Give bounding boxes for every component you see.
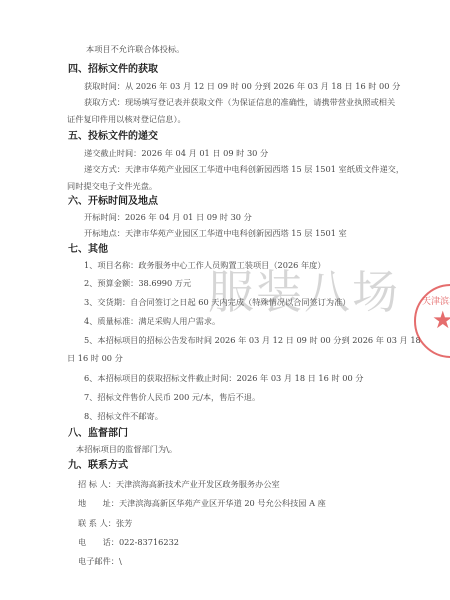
- opening-time: 开标时间：2026 年 04 月 01 日 09 时 30 分: [84, 212, 252, 222]
- other-item-5-cont: 日 16 时 00 分: [67, 353, 123, 363]
- acquire-method-1: 获取方式：现场填写登记表并获取文件（为保证信息的准确性，请携带营业执照或相关: [84, 97, 395, 107]
- other-item-7: 7、招标文件售价人民币 200 元/本，售后不退。: [84, 392, 260, 402]
- contact-address: 地 址：天津滨海高新区华苑产业区开华道 20 号允公科技园 A 座: [78, 498, 326, 508]
- section-5-title: 五、投标文件的递交: [68, 131, 158, 143]
- contact-person: 联 系 人：张芳: [78, 518, 132, 528]
- contact-tenderer: 招 标 人：天津滨海高新技术产业开发区政务服务办公室: [78, 479, 280, 489]
- watermark-text: 服装八场: [208, 256, 400, 322]
- submit-deadline: 递交截止时间：2026 年 04 月 01 日 09 时 30 分: [84, 148, 268, 158]
- other-item-5: 5、本招标项目的招标公告发布时间 2026 年 03 月 12 日 09 时 0…: [84, 335, 421, 345]
- submit-method-2: 同时提交电子文件光盘。: [67, 181, 157, 191]
- acquire-method-2: 证件复印件用以核对登记信息）。: [67, 114, 186, 124]
- section-4-title: 四、招标文件的获取: [68, 64, 158, 76]
- document-page: 本项目不允许联合体投标。 四、招标文件的获取 获取时间：从 2026 年 03 …: [0, 0, 450, 600]
- other-item-6: 6、本招标项目的获取招标文件截止时间：2026 年 03 月 18 日 16 时…: [84, 373, 363, 383]
- opening-place: 开标地点：天津市华苑产业园区工华道中电科创新园西塔 15 层 1501 室: [84, 228, 347, 238]
- other-item-8: 8、招标文件不邮寄。: [84, 411, 163, 421]
- other-item-4: 4、质量标准：满足采购人用户需求。: [84, 316, 220, 326]
- section-8-title: 八、监督部门: [68, 428, 128, 440]
- acquire-time: 获取时间：从 2026 年 03 月 12 日 09 时 00 分到 2026 …: [84, 81, 400, 91]
- section-6-title: 六、开标时间及地点: [68, 196, 158, 208]
- star-icon: ★: [432, 308, 450, 332]
- contact-phone: 电 话：022-83716232: [78, 537, 179, 547]
- section-7-title: 七、其他: [68, 244, 108, 256]
- joint-bid-note: 本项目不允许联合体投标。: [86, 44, 184, 54]
- official-seal-stamp: 天津滨海 ★: [414, 284, 450, 358]
- supervision-text: 本招标项目的监督部门为\。: [76, 444, 177, 454]
- contact-email: 电子邮件：\: [78, 556, 122, 566]
- other-item-2: 2、预算金额：38.6990 万元: [84, 278, 191, 288]
- section-9-title: 九、联系方式: [68, 460, 128, 472]
- submit-method-1: 递交方式：天津市华苑产业园区工华道中电科创新园西塔 15 层 1501 室纸质文…: [84, 164, 404, 174]
